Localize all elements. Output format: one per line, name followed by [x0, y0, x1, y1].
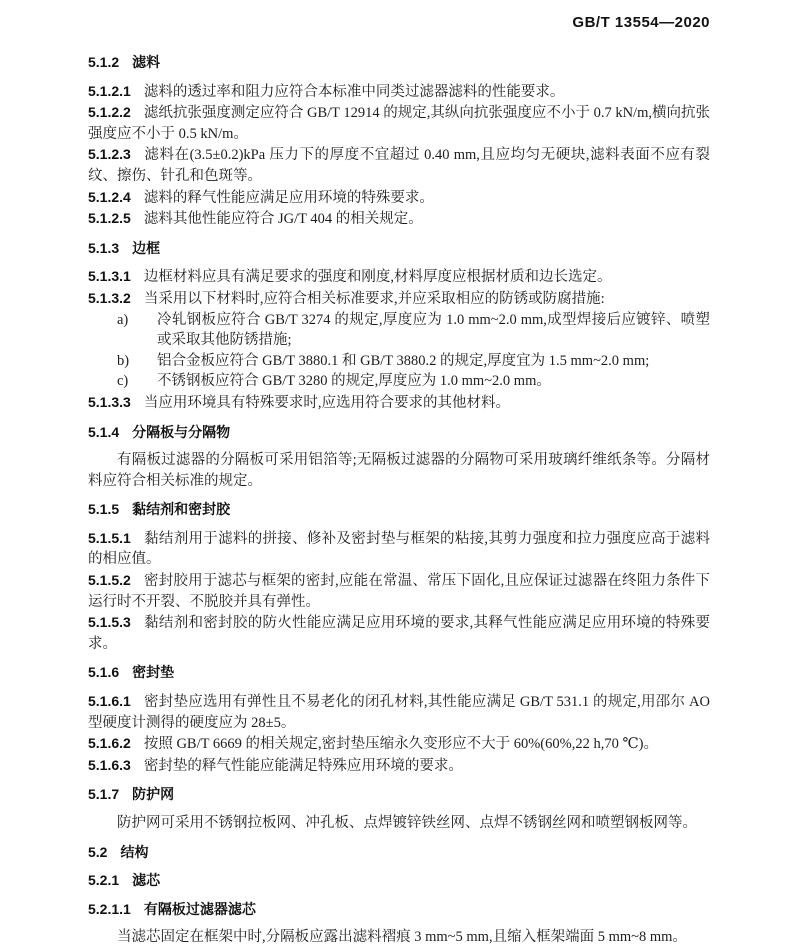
clause-number: 5.1.6.1: [88, 693, 144, 709]
clause-text: 边框材料应具有满足要求的强度和刚度,材料厚度应根据材质和边长选定。: [144, 269, 612, 285]
list-item-a: a)冷轧钢板应符合 GB/T 3274 的规定,厚度应为 1.0 mm~2.0 …: [88, 310, 710, 351]
heading-5-1-2: 5.1.2滤料: [88, 52, 710, 73]
document-content: 5.1.2滤料 5.1.2.1滤料的透过率和阻力应符合本标准中同类过滤器滤料的性…: [0, 32, 787, 946]
list-marker: c): [117, 371, 128, 392]
clause-5-1-6-1: 5.1.6.1密封垫应选用有弹性且不易老化的闭孔材料,其性能应满足 GB/T 5…: [88, 691, 710, 733]
clause-5-1-2-4: 5.1.2.4滤料的释气性能应满足应用环境的特殊要求。: [88, 187, 710, 209]
heading-5-1-4: 5.1.4分隔板与分隔物: [88, 422, 710, 443]
clause-text: 黏结剂用于滤料的拼接、修补及密封垫与框架的粘接,其剪力强度和拉力强度应高于滤料的…: [88, 531, 710, 568]
clause-text: 滤料在(3.5±0.2)kPa 压力下的厚度不宜超过 0.40 mm,且应均匀无…: [88, 147, 710, 184]
heading-5-1-5: 5.1.5黏结剂和密封胶: [88, 499, 710, 520]
clause-number: 5.1.5.2: [88, 572, 144, 588]
heading-number: 5.1.7: [88, 786, 132, 802]
clause-number: 5.1.2.5: [88, 210, 144, 226]
heading-number: 5.2: [88, 844, 120, 860]
clause-text: 滤纸抗张强度测定应符合 GB/T 12914 的规定,其纵向抗张强度应不小于 0…: [88, 105, 710, 142]
clause-5-1-5-3: 5.1.5.3黏结剂和密封胶的防火性能应满足应用环境的要求,其释气性能应满足应用…: [88, 612, 710, 654]
clause-5-1-2-2: 5.1.2.2滤纸抗张强度测定应符合 GB/T 12914 的规定,其纵向抗张强…: [88, 102, 710, 144]
clause-number: 5.1.5.1: [88, 530, 144, 546]
heading-title: 有隔板过滤器滤芯: [144, 901, 256, 917]
heading-title: 结构: [120, 844, 148, 860]
heading-title: 边框: [132, 240, 160, 256]
heading-number: 5.2.1: [88, 872, 132, 888]
clause-5-1-6-2: 5.1.6.2按照 GB/T 6669 的相关规定,密封垫压缩永久变形应不大于 …: [88, 733, 710, 755]
heading-5-1-7: 5.1.7防护网: [88, 784, 710, 805]
clause-5-1-3-2: 5.1.3.2当采用以下材料时,应符合相关标准要求,并应采取相应的防锈或防腐措施…: [88, 288, 710, 310]
clause-5-1-6-3: 5.1.6.3密封垫的释气性能应能满足特殊应用环境的要求。: [88, 755, 710, 777]
clause-text: 滤料其他性能应符合 JG/T 404 的相关规定。: [144, 211, 423, 227]
clause-5-1-5-1: 5.1.5.1黏结剂用于滤料的拼接、修补及密封垫与框架的粘接,其剪力强度和拉力强…: [88, 528, 710, 570]
clause-5-1-3-3: 5.1.3.3当应用环境具有特殊要求时,应选用符合要求的其他材料。: [88, 392, 710, 414]
clause-number: 5.1.6.2: [88, 735, 144, 751]
list-marker: a): [117, 310, 128, 331]
clause-5-1-2-1: 5.1.2.1滤料的透过率和阻力应符合本标准中同类过滤器滤料的性能要求。: [88, 81, 710, 103]
clause-text: 黏结剂和密封胶的防火性能应满足应用环境的要求,其释气性能应满足应用环境的特殊要求…: [88, 615, 710, 652]
clause-number: 5.1.2.3: [88, 146, 144, 162]
clause-text: 滤料的释气性能应满足应用环境的特殊要求。: [144, 190, 434, 206]
heading-number: 5.1.2: [88, 54, 132, 70]
list-item-c: c)不锈钢板应符合 GB/T 3280 的规定,厚度应为 1.0 mm~2.0 …: [88, 371, 710, 392]
heading-title: 黏结剂和密封胶: [132, 501, 230, 517]
clause-5-1-2-3: 5.1.2.3滤料在(3.5±0.2)kPa 压力下的厚度不宜超过 0.40 m…: [88, 144, 710, 186]
heading-5-2-1: 5.2.1滤芯: [88, 870, 710, 891]
clause-number: 5.1.3.2: [88, 290, 144, 306]
heading-number: 5.2.1.1: [88, 901, 144, 917]
heading-number: 5.1.4: [88, 424, 132, 440]
clause-text: 密封垫的释气性能应能满足特殊应用环境的要求。: [144, 758, 463, 774]
clause-number: 5.1.6.3: [88, 757, 144, 773]
heading-number: 5.1.6: [88, 664, 132, 680]
clause-5-1-5-2: 5.1.5.2密封胶用于滤芯与框架的密封,应能在常温、常压下固化,且应保证过滤器…: [88, 570, 710, 612]
heading-5-2-1-1: 5.2.1.1有隔板过滤器滤芯: [88, 899, 710, 920]
clause-5-1-3-1: 5.1.3.1边框材料应具有满足要求的强度和刚度,材料厚度应根据材质和边长选定。: [88, 266, 710, 288]
clause-text: 按照 GB/T 6669 的相关规定,密封垫压缩永久变形应不大于 60%(60%…: [144, 736, 658, 752]
clause-text: 滤料的透过率和阻力应符合本标准中同类过滤器滤料的性能要求。: [144, 84, 565, 100]
standard-number: GB/T 13554—2020: [0, 0, 787, 32]
paragraph-5-1-4: 有隔板过滤器的分隔板可采用铝箔等;无隔板过滤器的分隔物可采用玻璃纤维纸条等。分隔…: [88, 450, 710, 491]
heading-number: 5.1.5: [88, 501, 132, 517]
heading-5-1-6: 5.1.6密封垫: [88, 662, 710, 683]
clause-number: 5.1.2.4: [88, 189, 144, 205]
clause-text: 密封胶用于滤芯与框架的密封,应能在常温、常压下固化,且应保证过滤器在终阻力条件下…: [88, 573, 710, 610]
heading-title: 分隔板与分隔物: [132, 424, 230, 440]
paragraph-5-2-1-1: 当滤芯固定在框架中时,分隔板应露出滤料褶痕 3 mm~5 mm,且缩入框架端面 …: [88, 927, 710, 946]
clause-number: 5.1.3.3: [88, 394, 144, 410]
document-page: GB/T 13554—2020 5.1.2滤料 5.1.2.1滤料的透过率和阻力…: [0, 0, 787, 946]
list-item-text: 铝合金板应符合 GB/T 3880.1 和 GB/T 3880.2 的规定,厚度…: [157, 353, 649, 369]
clause-text: 密封垫应选用有弹性且不易老化的闭孔材料,其性能应满足 GB/T 531.1 的规…: [88, 694, 710, 731]
list-item-text: 冷轧钢板应符合 GB/T 3274 的规定,厚度应为 1.0 mm~2.0 mm…: [157, 312, 710, 349]
heading-title: 滤料: [132, 54, 160, 70]
clause-number: 5.1.5.3: [88, 614, 144, 630]
clause-text: 当采用以下材料时,应符合相关标准要求,并应采取相应的防锈或防腐措施:: [144, 291, 605, 307]
list-item-text: 不锈钢板应符合 GB/T 3280 的规定,厚度应为 1.0 mm~2.0 mm…: [157, 373, 551, 389]
heading-title: 滤芯: [132, 872, 160, 888]
heading-title: 密封垫: [132, 664, 174, 680]
clause-number: 5.1.2.1: [88, 83, 144, 99]
clause-5-1-2-5: 5.1.2.5滤料其他性能应符合 JG/T 404 的相关规定。: [88, 208, 710, 230]
clause-text: 当应用环境具有特殊要求时,应选用符合要求的其他材料。: [144, 395, 510, 411]
paragraph-5-1-7: 防护网可采用不锈钢拉板网、冲孔板、点焊镀锌铁丝网、点焊不锈钢丝网和喷塑钢板网等。: [88, 813, 710, 834]
heading-title: 防护网: [132, 786, 174, 802]
clause-number: 5.1.3.1: [88, 268, 144, 284]
heading-5-1-3: 5.1.3边框: [88, 238, 710, 259]
heading-5-2: 5.2结构: [88, 842, 710, 863]
list-marker: b): [117, 351, 129, 372]
heading-number: 5.1.3: [88, 240, 132, 256]
list-item-b: b)铝合金板应符合 GB/T 3880.1 和 GB/T 3880.2 的规定,…: [88, 351, 710, 372]
clause-number: 5.1.2.2: [88, 104, 144, 120]
